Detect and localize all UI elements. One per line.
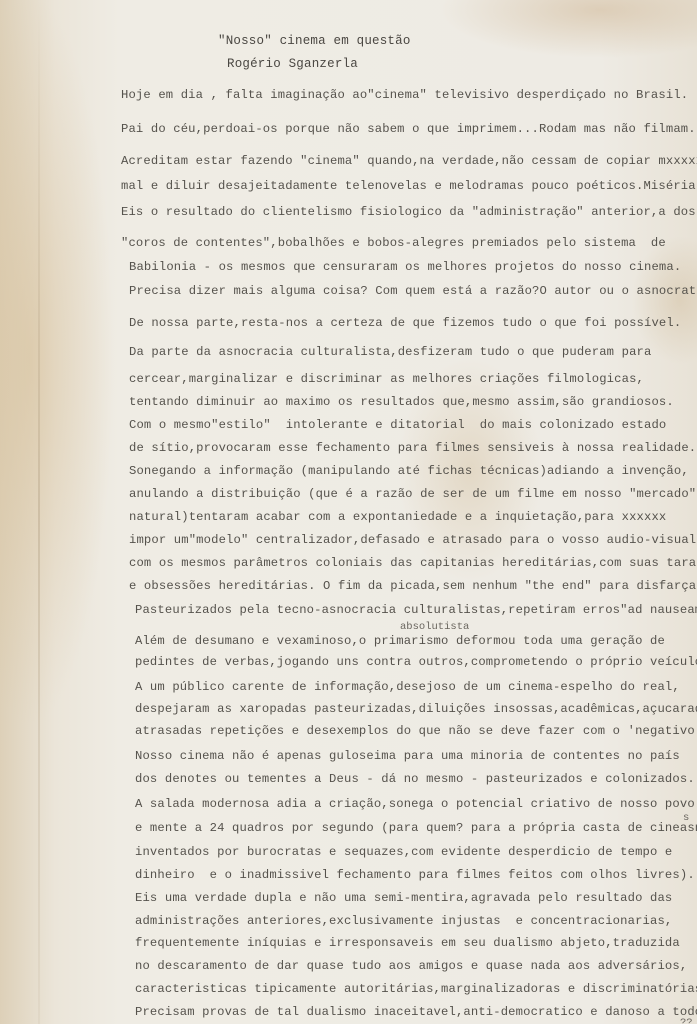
- text-line: e mente a 24 quadros por segundo (para q…: [135, 821, 697, 835]
- text-line: mal e diluir desajeitadamente telenovela…: [121, 179, 697, 193]
- text-line: Acreditam estar fazendo "cinema" quando,…: [121, 154, 697, 168]
- text-line: impor um"modelo" centralizador,defasado …: [129, 533, 697, 547]
- annotation-text: absolutista: [400, 621, 469, 633]
- text-line: dinheiro e o inadmissivel fechamento par…: [135, 868, 695, 882]
- text-line: frequentemente iníquias e irresponsaveis…: [135, 936, 680, 950]
- text-line: anulando a distribuição (que é a razão d…: [129, 487, 696, 501]
- text-line: "coros de contentes",bobalhões e bobos-a…: [121, 236, 666, 250]
- text-line: e obsessões hereditárias. O fim da picad…: [129, 579, 697, 593]
- text-line: de sítio,provocaram esse fechamento para…: [129, 441, 696, 455]
- text-line: Além de desumano e vexaminoso,o primaris…: [135, 634, 665, 648]
- text-line: natural)tentaram acabar com a expontanie…: [129, 510, 666, 524]
- document-title: "Nosso" cinema em questão: [218, 34, 411, 48]
- text-line: pedintes de verbas,jogando uns contra ou…: [135, 655, 697, 669]
- text-line: Hoje em dia , falta imaginação ao"cinema…: [121, 88, 688, 102]
- text-line: Nosso cinema não é apenas guloseima para…: [135, 749, 680, 763]
- text-line: administrações anteriores,exclusivamente…: [135, 914, 672, 928]
- text-line: Babilonia - os mesmos que censuraram os …: [129, 260, 681, 274]
- annotation-text: s: [683, 812, 689, 824]
- text-line: Precisam provas de tal dualismo inaceita…: [135, 1005, 697, 1019]
- text-line: Pasteurizados pela tecno-asnocracia cult…: [135, 603, 697, 617]
- text-line: Sonegando a informação (manipulando até …: [129, 464, 689, 478]
- text-line: Da parte da asnocracia culturalista,desf…: [129, 345, 651, 359]
- text-line: Precisa dizer mais alguma coisa? Com que…: [129, 284, 697, 298]
- text-line: dos denotes ou tementes a Deus - dá no m…: [135, 772, 695, 786]
- scanned-document-page: "Nosso" cinema em questão Rogério Sganze…: [0, 0, 697, 1024]
- text-line: De nossa parte,resta-nos a certeza de qu…: [129, 316, 681, 330]
- text-line: despejaram as xaropadas pasteurizadas,di…: [135, 702, 697, 716]
- text-line: cercear,marginalizar e discriminar as me…: [129, 372, 644, 386]
- paper-fold-crease: [38, 0, 40, 1024]
- text-line: tentando diminuir ao maximo os resultado…: [129, 395, 674, 409]
- text-line: atrasadas repetições e desexemplos do qu…: [135, 724, 697, 738]
- text-line: A um público carente de informação,desej…: [135, 680, 680, 694]
- text-line: caracteristicas tipicamente autoritárias…: [135, 982, 697, 996]
- text-line: Pai do céu,perdoai-os porque não sabem o…: [121, 122, 696, 136]
- text-line: Eis uma verdade dupla e não uma semi-men…: [135, 891, 672, 905]
- text-line: no descaramento de dar quase tudo aos am…: [135, 959, 687, 973]
- document-author: Rogério Sganzerla: [227, 57, 358, 71]
- text-line: Eis o resultado do clientelismo fisiolog…: [121, 205, 696, 219]
- text-line: com os mesmos parâmetros coloniais das c…: [129, 556, 697, 570]
- annotation-text: ??: [680, 1017, 693, 1024]
- text-line: Com o mesmo"estilo" intolerante e ditato…: [129, 418, 666, 432]
- text-line: inventados por burocratas e sequazes,com…: [135, 845, 672, 859]
- text-line: A salada modernosa adia a criação,sonega…: [135, 797, 695, 811]
